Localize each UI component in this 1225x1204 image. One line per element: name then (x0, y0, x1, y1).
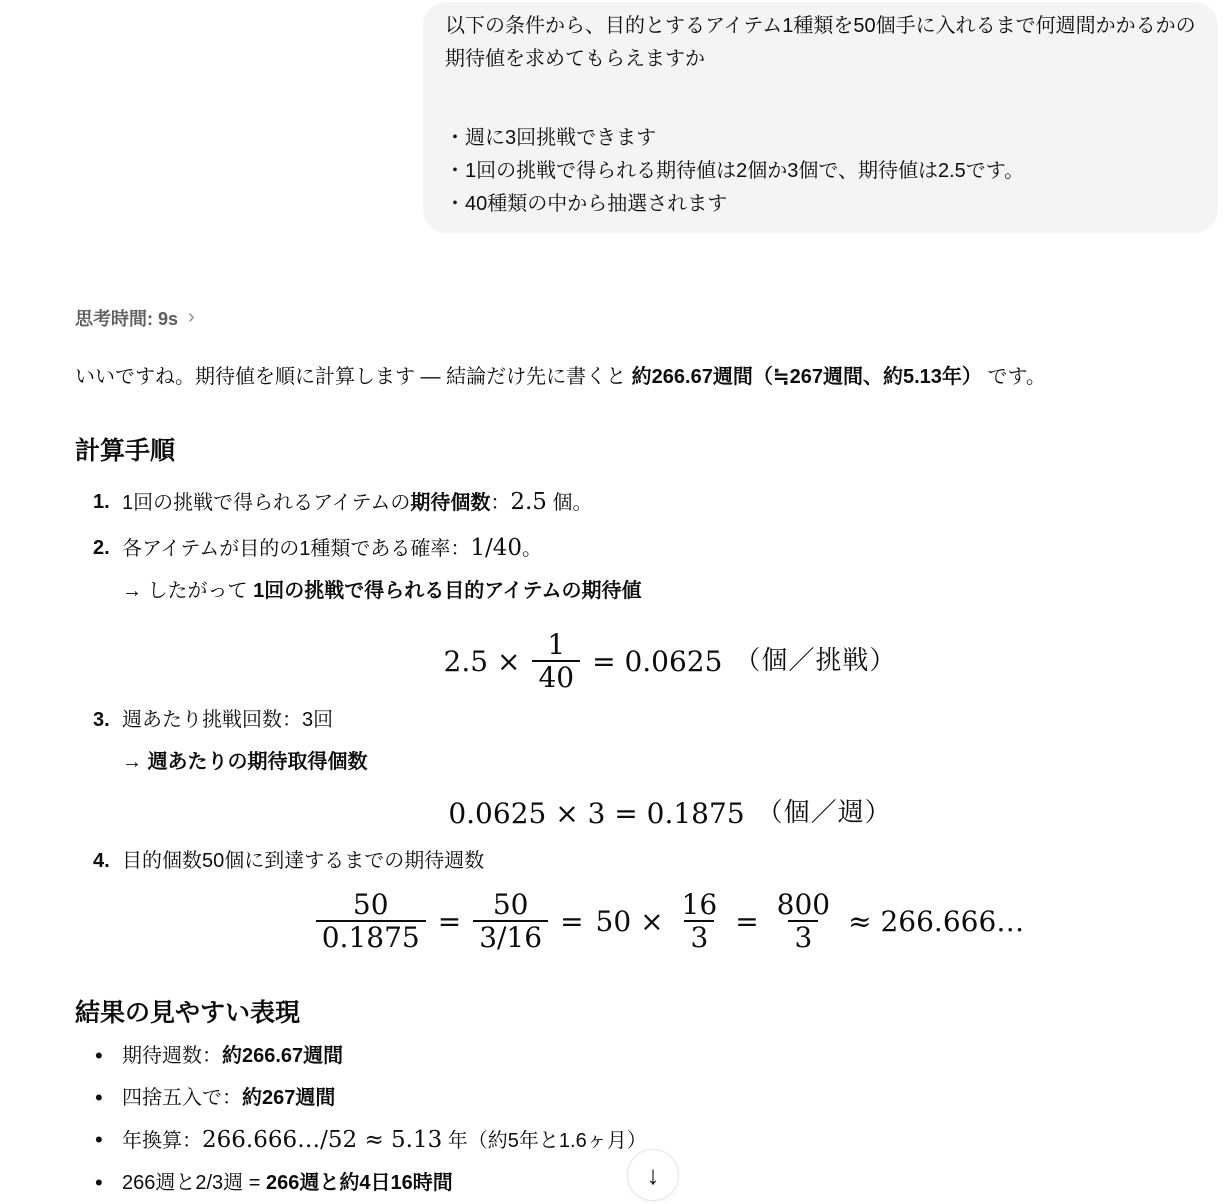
chat-page: 以下の条件から、目的とするアイテム1種類を50個手に入れるまで何週間かかるかの期… (0, 0, 1225, 1204)
chevron-right-icon: › (188, 306, 195, 329)
bullet-icon: • (95, 1080, 103, 1115)
intro-conclusion: 約266.67週間（≒267週間、約5.13年） (632, 366, 982, 388)
result-item-2: • 四捨五入で：約267週間 (122, 1081, 1218, 1116)
result3-inline-math: 266.666…/52 ≈ 5.13 (202, 1127, 442, 1153)
step2-subline: → したがって 1回の挑戦で得られる目的アイテムの期待値 (122, 574, 1218, 609)
step2-text: 各アイテムが目的の1種類である確率： (122, 538, 470, 560)
user-message-bubble: 以下の条件から、目的とするアイテム1種類を50個手に入れるまで何週間かかるかの期… (423, 2, 1218, 233)
eq3-fraction-3: 163 (676, 889, 724, 953)
result1-bold: 約266.67週間 (222, 1045, 343, 1067)
step2-sub-bold: 1回の挑戦で得られる目的アイテムの期待値 (253, 580, 641, 602)
step3-text: 週あたり挑戦回数：3回 (122, 709, 333, 731)
step-marker-1: 1. (93, 485, 110, 520)
step1-inline-math: 2.5 (510, 489, 547, 515)
intro-post: です。 (982, 366, 1046, 388)
scroll-to-bottom-button[interactable]: ↓ (627, 1149, 679, 1201)
eq1-lhs: 2.5 × (444, 644, 521, 679)
step-marker-3: 3. (93, 703, 110, 738)
step1-bold: 期待個数 (410, 492, 490, 514)
eq3-result: ≈ 266.666… (848, 904, 1024, 939)
eq3-fraction-2: 503/16 (473, 889, 548, 953)
result4-bold: 266週と約4日16時間 (266, 1172, 453, 1194)
step3-sub-bold: 週あたりの期待取得個数 (148, 751, 368, 773)
step-marker-4: 4. (93, 844, 110, 879)
step-item-2: 2. 各アイテムが目的の1種類である確率：1/40。 → したがって 1回の挑戦… (122, 531, 1218, 693)
step-item-4: 4. 目的個数50個に到達するまでの期待週数 500.1875 = 503/16… (122, 844, 1218, 953)
equation-per-week: 0.0625 × 3 = 0.1875 （個／週） (122, 792, 1218, 834)
eq1-fraction: 140 (532, 629, 580, 693)
eq3-fraction-1: 500.1875 (316, 889, 426, 953)
intro-paragraph: いいですね。期待値を順に計算します — 結論だけ先に書くと 約266.67週間（… (75, 360, 1218, 395)
steps-heading: 計算手順 (75, 433, 1218, 469)
bullet-icon: • (95, 1165, 103, 1200)
equation-per-trial: 2.5 × 140 = 0.0625 （個／挑戦） (122, 629, 1218, 693)
steps-list: 1. 1回の挑戦で得られるアイテムの期待個数：2.5 個。 2. 各アイテムが目… (75, 485, 1218, 953)
thinking-time-toggle[interactable]: 思考時間: 9s › (75, 305, 195, 331)
user-message-conditions: ・週に3回挑戦できます ・1回の挑戦で得られる期待値は2個か3個で、期待値は2.… (445, 122, 1196, 221)
assistant-message: いいですね。期待値を順に計算します — 結論だけ先に書くと 約266.67週間（… (75, 360, 1218, 1204)
step-marker-2: 2. (93, 531, 110, 566)
step4-text: 目的個数50個に到達するまでの期待週数 (122, 850, 484, 872)
step-item-1: 1. 1回の挑戦で得られるアイテムの期待個数：2.5 個。 (122, 485, 1218, 521)
results-heading: 結果の見やすい表現 (75, 995, 1218, 1031)
eq1-rhs: = 0.0625 (592, 644, 722, 679)
step2-inline-math: 1/40 (470, 535, 522, 561)
eq3-fraction-4: 8003 (771, 889, 836, 953)
eq2-expr: 0.0625 × 3 = 0.1875 (448, 796, 744, 831)
eq1-unit: （個／挑戦） (734, 644, 896, 679)
user-message-question: 以下の条件から、目的とするアイテム1種類を50個手に入れるまで何週間かかるかの期… (445, 10, 1196, 76)
result-item-3: • 年換算：266.666…/52 ≈ 5.13 年（約5年と1.6ヶ月） (122, 1123, 1218, 1159)
equation-total-weeks: 500.1875 = 503/16 = 50 × 163 = 8003 ≈ 26… (122, 889, 1218, 953)
step3-subline: → 週あたりの期待取得個数 (122, 745, 1218, 780)
eq2-unit: （個／週） (757, 796, 892, 831)
arrow-down-icon: ↓ (647, 1160, 660, 1191)
result2-bold: 約267週間 (242, 1087, 335, 1109)
step-item-3: 3. 週あたり挑戦回数：3回 → 週あたりの期待取得個数 0.0625 × 3 … (122, 703, 1218, 834)
step1-text: 1回の挑戦で得られるアイテムの (122, 492, 410, 514)
eq3-mid: 50 × (596, 904, 664, 939)
thinking-time-label: 思考時間: 9s (75, 305, 178, 331)
result-item-1: • 期待週数：約266.67週間 (122, 1039, 1218, 1074)
bullet-icon: • (95, 1122, 103, 1157)
bullet-icon: • (95, 1038, 103, 1073)
intro-pre: いいですね。期待値を順に計算します — 結論だけ先に書くと (75, 366, 632, 388)
